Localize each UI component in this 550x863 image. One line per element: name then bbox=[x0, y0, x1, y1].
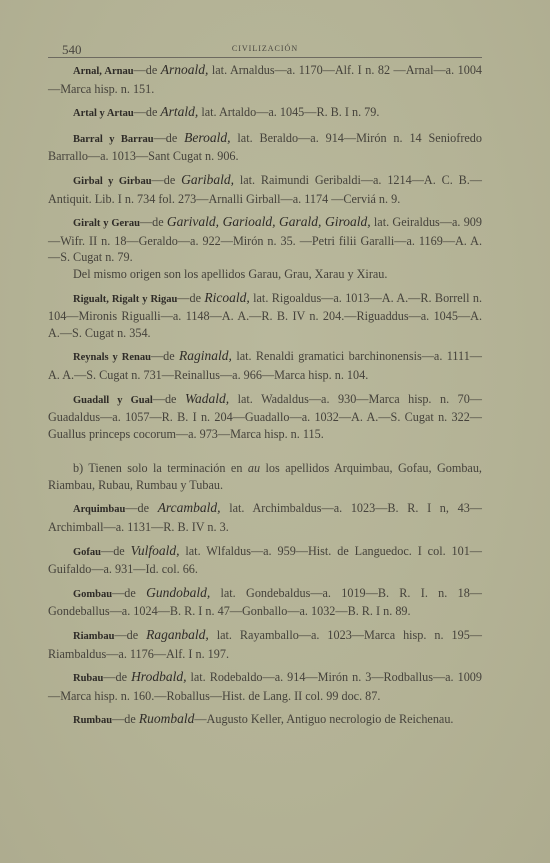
running-title: CIVILIZACIÓN bbox=[50, 44, 480, 53]
entry-gofau: Gofau—de Vulfoald, lat. Wlfaldus—a. 959—… bbox=[48, 543, 482, 578]
entry-etymon: Ruombald bbox=[139, 711, 195, 726]
entry-connector: —de bbox=[112, 712, 139, 726]
entry-gombau: Gombau—de Gundobald, lat. Gondebaldus—a.… bbox=[48, 585, 482, 620]
entry-connector: —de bbox=[154, 131, 185, 145]
entry-connector: —de bbox=[134, 105, 161, 119]
entry-head: Rigualt, Rigalt y Rigau bbox=[73, 294, 177, 305]
entry-head: Artal y Artau bbox=[73, 108, 134, 119]
entry-etymon: Raganbald, bbox=[146, 627, 209, 642]
entry-artal: Artal y Artau—de Artald, lat. Artaldo—a.… bbox=[48, 104, 482, 123]
header-rule bbox=[48, 57, 482, 58]
entry-connector: —de bbox=[153, 392, 185, 406]
entry-etymon: Garivald, Garioald, Garald, Giroald, bbox=[167, 214, 371, 229]
entry-head: Arnal, Arnau bbox=[73, 66, 134, 77]
entry-head: Riambau bbox=[73, 631, 114, 642]
entry-etymon: Artald, bbox=[160, 104, 198, 119]
entry-head: Gombau bbox=[73, 589, 112, 600]
entry-connector: —de bbox=[103, 670, 131, 684]
entry-head: Girbal y Girbau bbox=[73, 176, 152, 187]
entry-etymon: Vulfoald, bbox=[131, 543, 180, 558]
entry-arnal: Arnal, Arnau—de Arnoald, lat. Arnaldus—a… bbox=[48, 62, 482, 97]
entry-connector: —de bbox=[125, 501, 157, 515]
entry-reynals: Reynals y Renau—de Raginald, lat. Renald… bbox=[48, 348, 482, 383]
entry-head: Giralt y Gerau bbox=[73, 218, 140, 229]
entry-etymon: Arcambald, bbox=[158, 500, 221, 515]
page-body: Arnal, Arnau—de Arnoald, lat. Arnaldus—a… bbox=[48, 62, 482, 737]
entry-giralt: Giralt y Gerau—de Garivald, Garioald, Ga… bbox=[48, 214, 482, 266]
section-b-text: b) Tienen solo la terminación en bbox=[73, 461, 248, 475]
section-b-emphasis: au bbox=[248, 461, 260, 475]
entry-connector: —de bbox=[112, 586, 146, 600]
entry-connector: —de bbox=[151, 349, 179, 363]
entry-etymon: Beroald, bbox=[184, 130, 230, 145]
entry-etymon: Wadald, bbox=[185, 391, 229, 406]
entry-connector: —de bbox=[134, 63, 161, 77]
entry-etymon: Arnoald, bbox=[161, 62, 209, 77]
entry-etymon: Ricoald, bbox=[204, 290, 249, 305]
entry-connector: —de bbox=[152, 173, 182, 187]
entry-head: Reynals y Renau bbox=[73, 352, 151, 363]
entry-connector: —de bbox=[177, 291, 204, 305]
entry-riambau: Riambau—de Raganbald, lat. Rayamballo—a.… bbox=[48, 627, 482, 662]
entry-head: Guadall y Gual bbox=[73, 395, 153, 406]
entry-girbal: Girbal y Girbau—de Garibald, lat. Raimun… bbox=[48, 172, 482, 207]
entry-arquimbau: Arquimbau—de Arcambald, lat. Archimbaldu… bbox=[48, 500, 482, 535]
entry-rigualt: Rigualt, Rigalt y Rigau—de Ricoald, lat.… bbox=[48, 290, 482, 342]
entry-guadall: Guadall y Gual—de Wadald, lat. Wadaldus—… bbox=[48, 391, 482, 443]
section-b-intro: b) Tienen solo la terminación en au los … bbox=[48, 460, 482, 493]
entry-rubau: Rubau—de Hrodbald, lat. Rodebaldo—a. 914… bbox=[48, 669, 482, 704]
entry-head: Rumbau bbox=[73, 715, 112, 726]
entry-text: Del mismo origen son los apellidos Garau… bbox=[73, 267, 387, 281]
page-header: 540 CIVILIZACIÓN bbox=[50, 36, 480, 56]
entry-etymon: Garibald, bbox=[181, 172, 234, 187]
entry-etymon: Hrodbald, bbox=[131, 669, 186, 684]
note-same-origin: Del mismo origen son los apellidos Garau… bbox=[48, 266, 482, 283]
entry-text: lat. Artaldo—a. 1045—R. B. I n. 79. bbox=[198, 105, 379, 119]
entry-connector: —de bbox=[114, 628, 146, 642]
entry-etymon: Raginald, bbox=[179, 348, 232, 363]
entry-connector: —de bbox=[101, 544, 131, 558]
entry-head: Rubau bbox=[73, 673, 103, 684]
entry-rumbau: Rumbau—de Ruombald—Augusto Keller, Antig… bbox=[48, 711, 482, 730]
entry-etymon: Gundobald, bbox=[146, 585, 210, 600]
entry-barral: Barral y Barrau—de Beroald, lat. Beraldo… bbox=[48, 130, 482, 165]
entry-connector: —de bbox=[140, 215, 167, 229]
entry-text: —Augusto Keller, Antiguo necrologio de R… bbox=[194, 712, 453, 726]
book-page: 540 CIVILIZACIÓN Arnal, Arnau—de Arnoald… bbox=[0, 0, 550, 863]
entry-head: Arquimbau bbox=[73, 504, 125, 515]
entry-head: Gofau bbox=[73, 547, 101, 558]
entry-head: Barral y Barrau bbox=[73, 134, 154, 145]
